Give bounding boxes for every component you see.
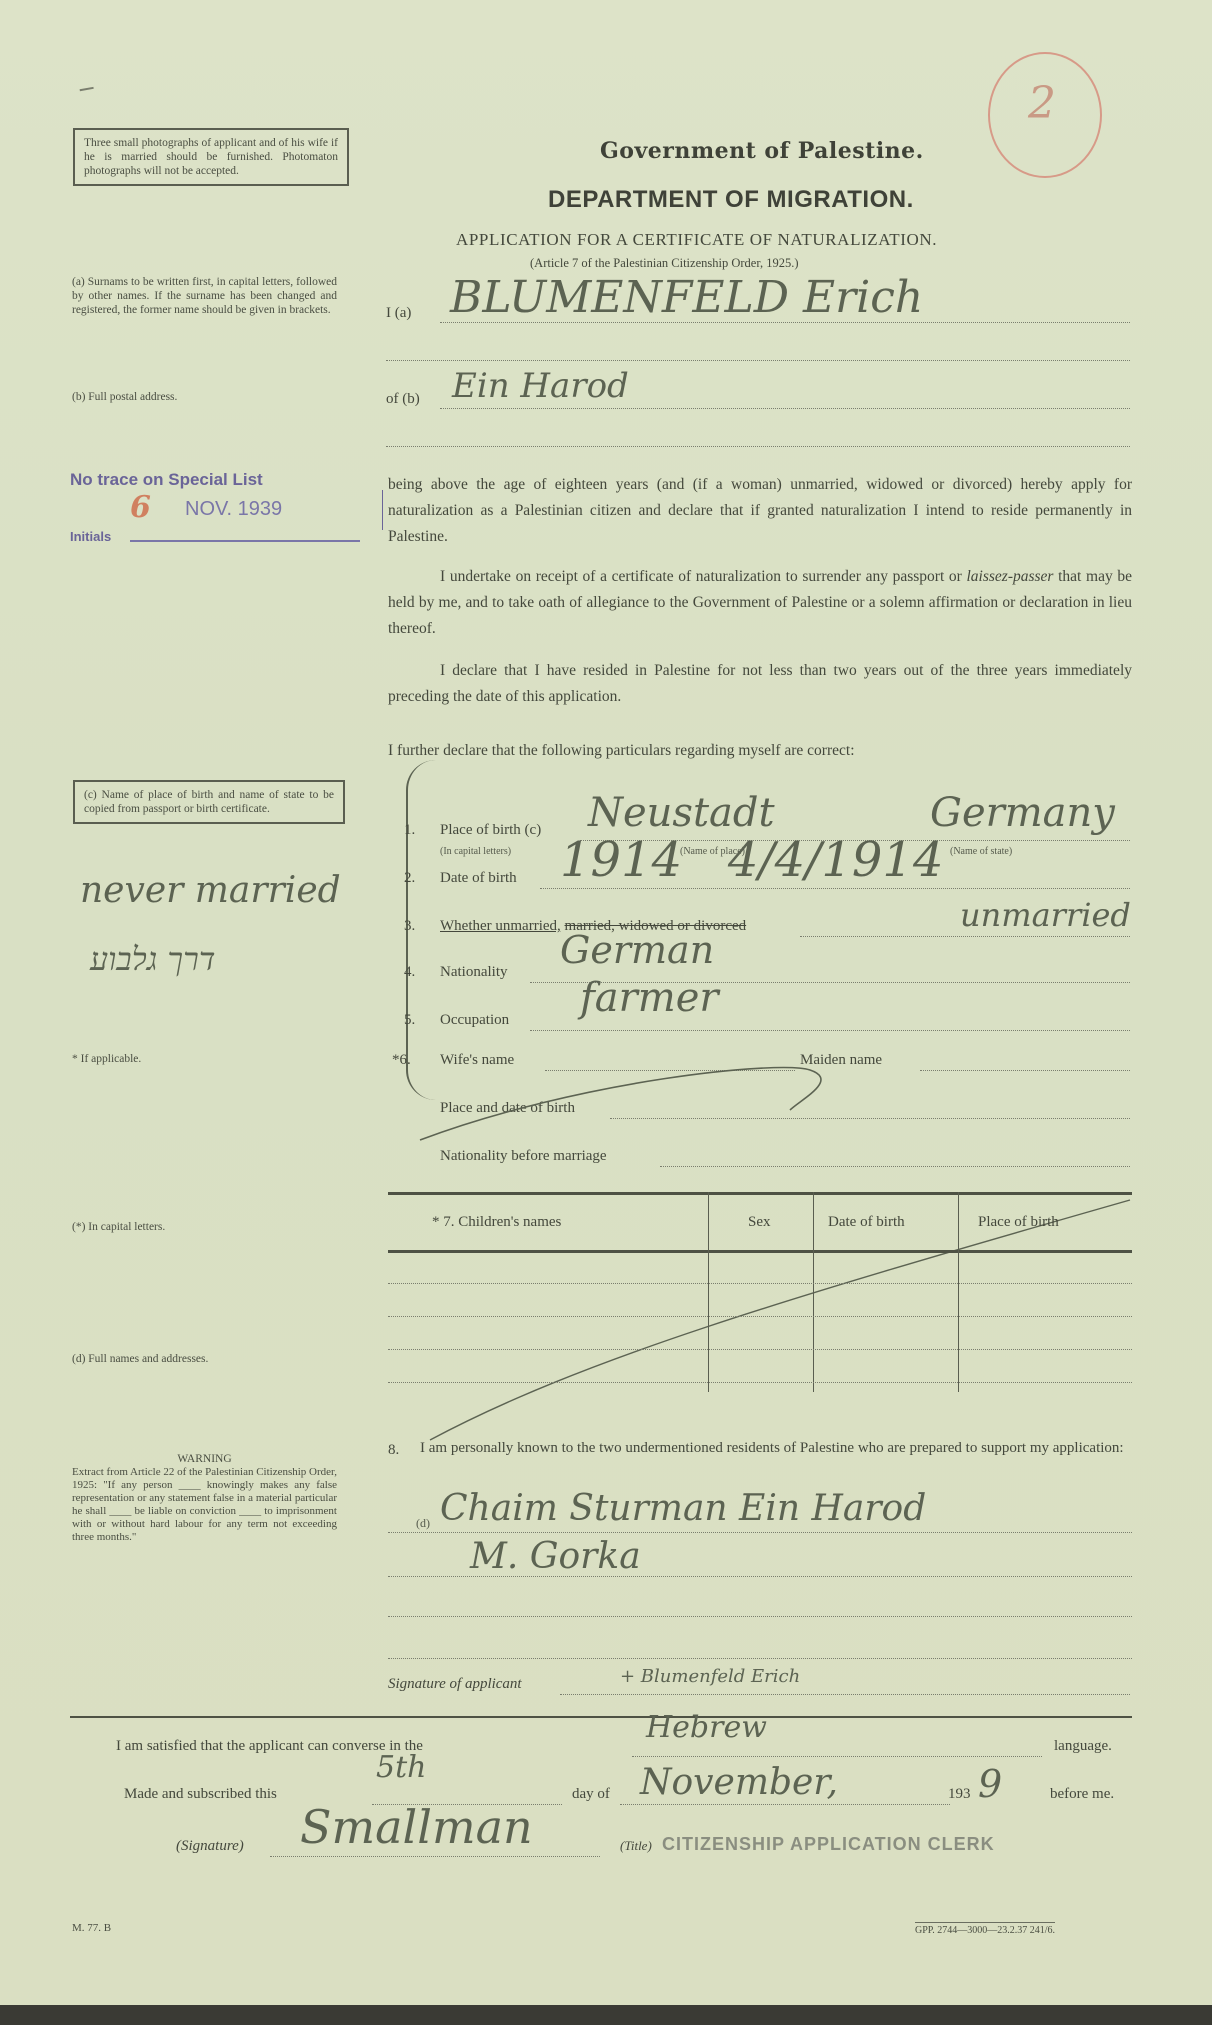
made-subscribed-text: Made and subscribed this <box>124 1786 277 1803</box>
stamp-no-trace-text: No trace on Special List <box>70 470 390 490</box>
language-value[interactable]: Hebrew <box>646 1710 767 1745</box>
para2-text-pre: I undertake on receipt of a certificate … <box>440 568 966 585</box>
item1-hint-capitals: (In capital letters) <box>440 846 511 857</box>
photos-instruction-box: Three small photographs of applicant and… <box>73 128 349 186</box>
table-col-divider-3 <box>958 1192 959 1392</box>
article-reference: (Article 7 of the Palestinian Citizenshi… <box>530 256 799 271</box>
item5-label: Occupation <box>440 1012 509 1029</box>
officer-title-label: (Title) <box>620 1838 652 1854</box>
note-a-surname: (a) Surnams to be written first, in capi… <box>72 275 337 317</box>
day-of-text: day of <box>572 1786 610 1803</box>
table-col-divider-2 <box>813 1192 814 1392</box>
declaration-paragraph-4: I further declare that the following par… <box>388 738 1132 764</box>
item3-number: 3. <box>404 918 415 935</box>
reference-1-value[interactable]: Chaim Sturman Ein Harod <box>440 1488 926 1529</box>
table-header-date-of-birth: Date of birth <box>828 1214 905 1231</box>
month-line <box>620 1804 950 1805</box>
item4-label: Nationality <box>440 964 508 981</box>
table-row[interactable] <box>388 1283 1132 1284</box>
table-top-rule <box>388 1192 1132 1195</box>
applicant-signature-line <box>560 1694 1130 1695</box>
marital-status-value[interactable]: unmarried <box>960 896 1131 934</box>
note-capital-letters: (*) In capital letters. <box>72 1220 165 1234</box>
label-d: (d) <box>416 1516 430 1531</box>
table-col-divider-1 <box>708 1192 709 1392</box>
stamp-date: NOV. 1939 <box>185 498 282 521</box>
note-b-postal-address: (b) Full postal address. <box>72 390 177 404</box>
para2-italic: laissez-passer <box>966 568 1053 585</box>
never-married-annotation: never married <box>80 870 341 911</box>
note-c-text: (c) Name of place of birth and name of s… <box>84 789 334 815</box>
table-row[interactable] <box>388 1349 1132 1350</box>
table-header-sex: Sex <box>748 1214 771 1231</box>
applicant-name-value[interactable]: BLUMENFELD Erich <box>450 272 923 323</box>
certification-divider <box>70 1716 1132 1718</box>
naturalization-application-form: 2 Three small photographs of applicant a… <box>0 0 1212 2025</box>
declaration-paragraph-3: I declare that I have resided in Palesti… <box>388 658 1132 710</box>
note-c-birth-place-box: (c) Name of place of birth and name of s… <box>73 780 345 824</box>
month-value[interactable]: November, <box>640 1762 838 1803</box>
hebrew-annotation: דרך גלבוע <box>90 940 215 978</box>
officer-title-stamp: CITIZENSHIP APPLICATION CLERK <box>662 1834 995 1855</box>
photos-instruction-text: Three small photographs of applicant and… <box>84 137 338 177</box>
form-number: M. 77. B <box>72 1922 111 1934</box>
day-value[interactable]: 5th <box>376 1750 426 1785</box>
item4-number: 4. <box>404 964 415 981</box>
item1-label: Place of birth (c) <box>440 822 541 839</box>
warning-text: Extract from Article 22 of the Palestini… <box>72 1466 337 1544</box>
circled-number-text: 2 <box>1028 78 1056 129</box>
language-line <box>632 1756 1042 1757</box>
item2-line <box>540 888 1130 889</box>
table-header-children-names: * 7. Children's names <box>432 1214 561 1231</box>
address-line <box>440 408 1130 409</box>
officer-signature-line <box>270 1856 600 1857</box>
stamp-initials-line <box>130 540 360 542</box>
table-row[interactable] <box>388 1316 1132 1317</box>
government-heading: Government of Palestine. <box>600 138 924 164</box>
note-if-applicable: * If applicable. <box>72 1052 141 1066</box>
item3-label-unmarried: Whether unmarried, <box>440 918 561 934</box>
reference-line-1 <box>388 1532 1132 1533</box>
officer-signature-value[interactable]: Smallman <box>300 1800 533 1854</box>
item1-number: 1. <box>404 822 415 839</box>
table-header-rule <box>388 1250 1132 1253</box>
item1-hint-state: (Name of state) <box>950 846 1012 857</box>
item3-line <box>800 936 1130 937</box>
warning-title: WARNING <box>72 1452 337 1466</box>
year-prefix: 193 <box>948 1786 971 1803</box>
declaration-paragraph-2: I undertake on receipt of a certificate … <box>388 564 1132 642</box>
item5-number: 5. <box>404 1012 415 1029</box>
item8-text: I am personally known to the two underme… <box>420 1436 1132 1460</box>
occupation-value[interactable]: farmer <box>580 975 719 1021</box>
note-d-full-names: (d) Full names and addresses. <box>72 1352 208 1366</box>
applicant-address-value[interactable]: Ein Harod <box>452 366 629 406</box>
stamp-initials-label: Initials <box>70 529 111 544</box>
reference-2-value[interactable]: M. Gorka <box>470 1536 641 1577</box>
label-b: of (b) <box>386 391 420 408</box>
applicant-signature-label: Signature of applicant <box>388 1676 522 1693</box>
reference-line-4 <box>388 1658 1132 1659</box>
declaration-paragraph-1: being above the age of eighteen years (a… <box>388 472 1132 550</box>
printer-reference: GPP. 2744—3000—23.2.37 241/6. <box>915 1922 1055 1936</box>
special-list-stamp: No trace on Special List 6 NOV. 1939 Ini… <box>70 470 390 548</box>
nationality-value[interactable]: German <box>560 928 714 972</box>
stamp-bracket <box>382 490 383 530</box>
officer-signature-label: (Signature) <box>176 1838 244 1855</box>
reference-line-3 <box>388 1616 1132 1617</box>
applicant-signature-value[interactable]: + Blumenfeld Erich <box>620 1666 800 1687</box>
birth-place-value[interactable]: Neustadt <box>588 790 775 836</box>
before-me-text: before me. <box>1050 1786 1114 1803</box>
item2-number: 2. <box>404 870 415 887</box>
label-a: I (a) <box>386 305 411 322</box>
table-row[interactable] <box>388 1382 1132 1383</box>
item5-line <box>530 1030 1130 1031</box>
item8-number: 8. <box>388 1442 399 1459</box>
page-bottom-edge <box>0 2005 1212 2025</box>
form-title: APPLICATION FOR A CERTIFICATE OF NATURAL… <box>456 230 937 250</box>
item2-label: Date of birth <box>440 870 517 887</box>
stamp-day-value: 6 <box>130 490 151 525</box>
language-post-text: language. <box>1054 1738 1112 1755</box>
table-header-place-of-birth: Place of birth <box>978 1214 1059 1231</box>
address-line-2 <box>386 446 1130 447</box>
year-value[interactable]: 9 <box>978 1762 1002 1806</box>
date-of-birth-value[interactable]: 1914 4/4/1914 <box>560 832 944 888</box>
birth-state-value[interactable]: Germany <box>930 790 1115 836</box>
pencil-mark <box>80 87 95 95</box>
department-heading: DEPARTMENT OF MIGRATION. <box>548 186 914 214</box>
name-line-2 <box>386 360 1130 361</box>
